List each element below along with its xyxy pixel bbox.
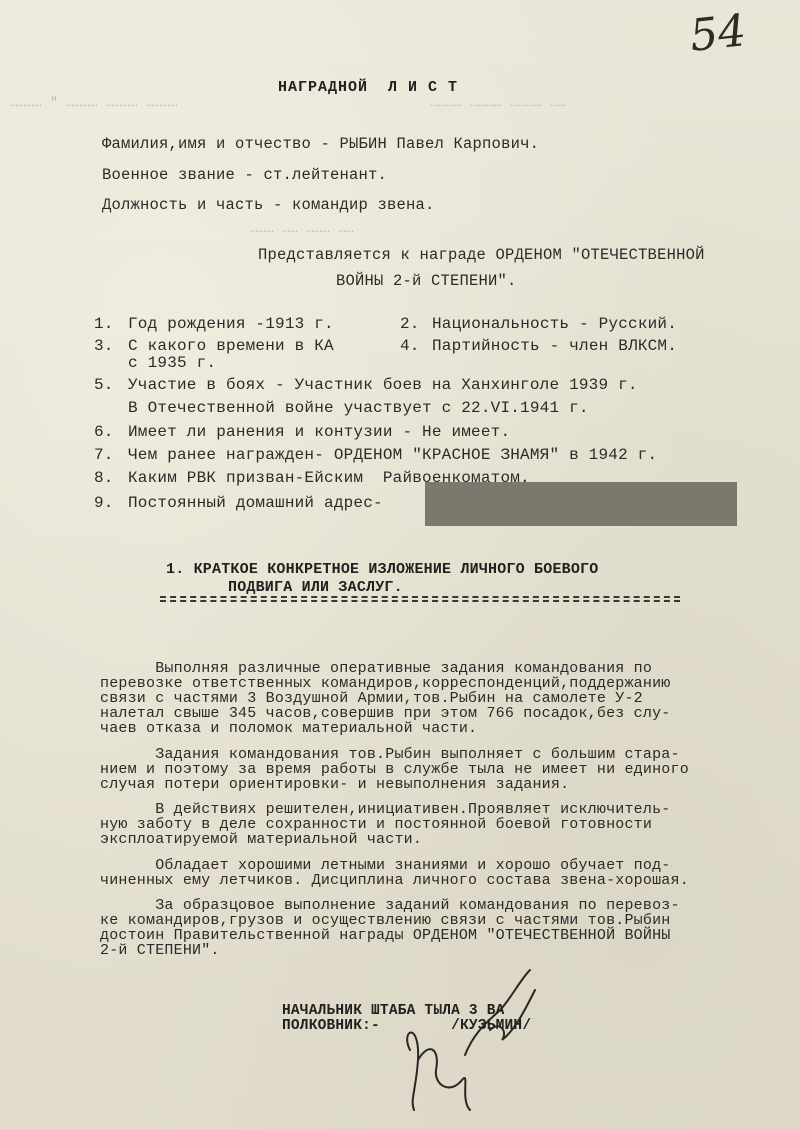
item-combat-cont: В Отечественной войне участвует с 22.VI.…	[128, 400, 589, 416]
item-combat: Участие в боях - Участник боев на Ханхин…	[128, 377, 638, 393]
citation-line: ную заботу в деле сохранности и постоянн…	[100, 817, 652, 832]
item-number: 9.	[94, 495, 114, 511]
citation-line: случая потери ориентировки- и невыполнен…	[100, 777, 569, 792]
heading-underline	[160, 596, 680, 602]
nomination-line-1: Представляется к награде ОРДЕНОМ "ОТЕЧЕС…	[258, 248, 705, 264]
citation-line: ке командиров,грузов и осуществлению свя…	[100, 913, 671, 928]
faint-header-line: ………… ………… ………… ……	[430, 96, 566, 109]
nomination-line-2: ВОЙНЫ 2-й СТЕПЕНИ".	[336, 274, 517, 290]
item-birth-year: Год рождения -1913 г.	[128, 316, 334, 332]
item-wounds: Имеет ли ранения и контузии - Не имеет.	[128, 424, 510, 440]
section-heading-line-2: ПОДВИГА ИЛИ ЗАСЛУГ.	[228, 580, 403, 595]
citation-line: Задания командования тов.Рыбин выполняет…	[100, 747, 680, 762]
citation-line: чиненных ему летчиков. Дисциплина личног…	[100, 873, 689, 888]
item-number: 3.	[94, 338, 114, 354]
item-number: 4.	[400, 338, 420, 354]
citation-line: достоин Правительственной награды ОРДЕНО…	[100, 928, 671, 943]
rank-line: Военное звание - ст.лейтенант.	[102, 168, 387, 184]
citation-line: чаев отказа и поломок материальной части…	[100, 721, 477, 736]
item-service-since: С какого времени в КА	[128, 338, 334, 354]
citation-line: Выполняя различные оперативные задания к…	[100, 661, 652, 676]
item-number: 7.	[94, 447, 114, 463]
item-number: 6.	[94, 424, 114, 440]
citation-line: эксплоатируемой материальной части.	[100, 832, 422, 847]
citation-line: Обладает хорошими летными знаниями и хор…	[100, 858, 671, 873]
position-line: Должность и часть - командир звена.	[102, 198, 435, 214]
item-number: 2.	[400, 316, 420, 332]
citation-line: перевозке ответственных командиров,корре…	[100, 676, 671, 691]
citation-line: нием и поэтому за время работы в службе …	[100, 762, 689, 777]
item-party: Партийность - член ВЛКСМ.	[432, 338, 677, 354]
handwritten-signature	[390, 960, 560, 1120]
citation-line: В действиях решителен,инициативен.Проявл…	[100, 802, 671, 817]
citation-line: За образцовое выполнение заданий командо…	[100, 898, 680, 913]
citation-line: связи с частями 3 Воздушной Армии,тов.Ры…	[100, 691, 643, 706]
item-number: 1.	[94, 316, 114, 332]
redaction-box	[425, 482, 737, 526]
item-service-year: с 1935 г.	[128, 355, 216, 371]
item-nationality: Национальность - Русский.	[432, 316, 677, 332]
faint-header-line: ……… …… ……… ……	[250, 222, 354, 235]
citation-line: 2-й СТЕПЕНИ".	[100, 943, 220, 958]
item-number: 5.	[94, 377, 114, 393]
faint-header-line: ………… " ………… ………… …………	[10, 96, 178, 109]
document-title: НАГРАДНОЙ Л И С Т	[278, 80, 458, 95]
item-home-address: Постоянный домашний адрес-	[128, 495, 383, 511]
citation-line: налетал свыше 345 часов,совершив при это…	[100, 706, 671, 721]
section-heading-line-1: 1. КРАТКОЕ КОНКРЕТНОЕ ИЗЛОЖЕНИЕ ЛИЧНОГО …	[166, 562, 598, 577]
name-line: Фамилия,имя и отчество - РЫБИН Павел Кар…	[102, 137, 539, 153]
item-number: 8.	[94, 470, 114, 486]
item-previous-awards: Чем ранее награжден- ОРДЕНОМ "КРАСНОЕ ЗН…	[128, 447, 657, 463]
folio-number: 54	[687, 5, 748, 62]
